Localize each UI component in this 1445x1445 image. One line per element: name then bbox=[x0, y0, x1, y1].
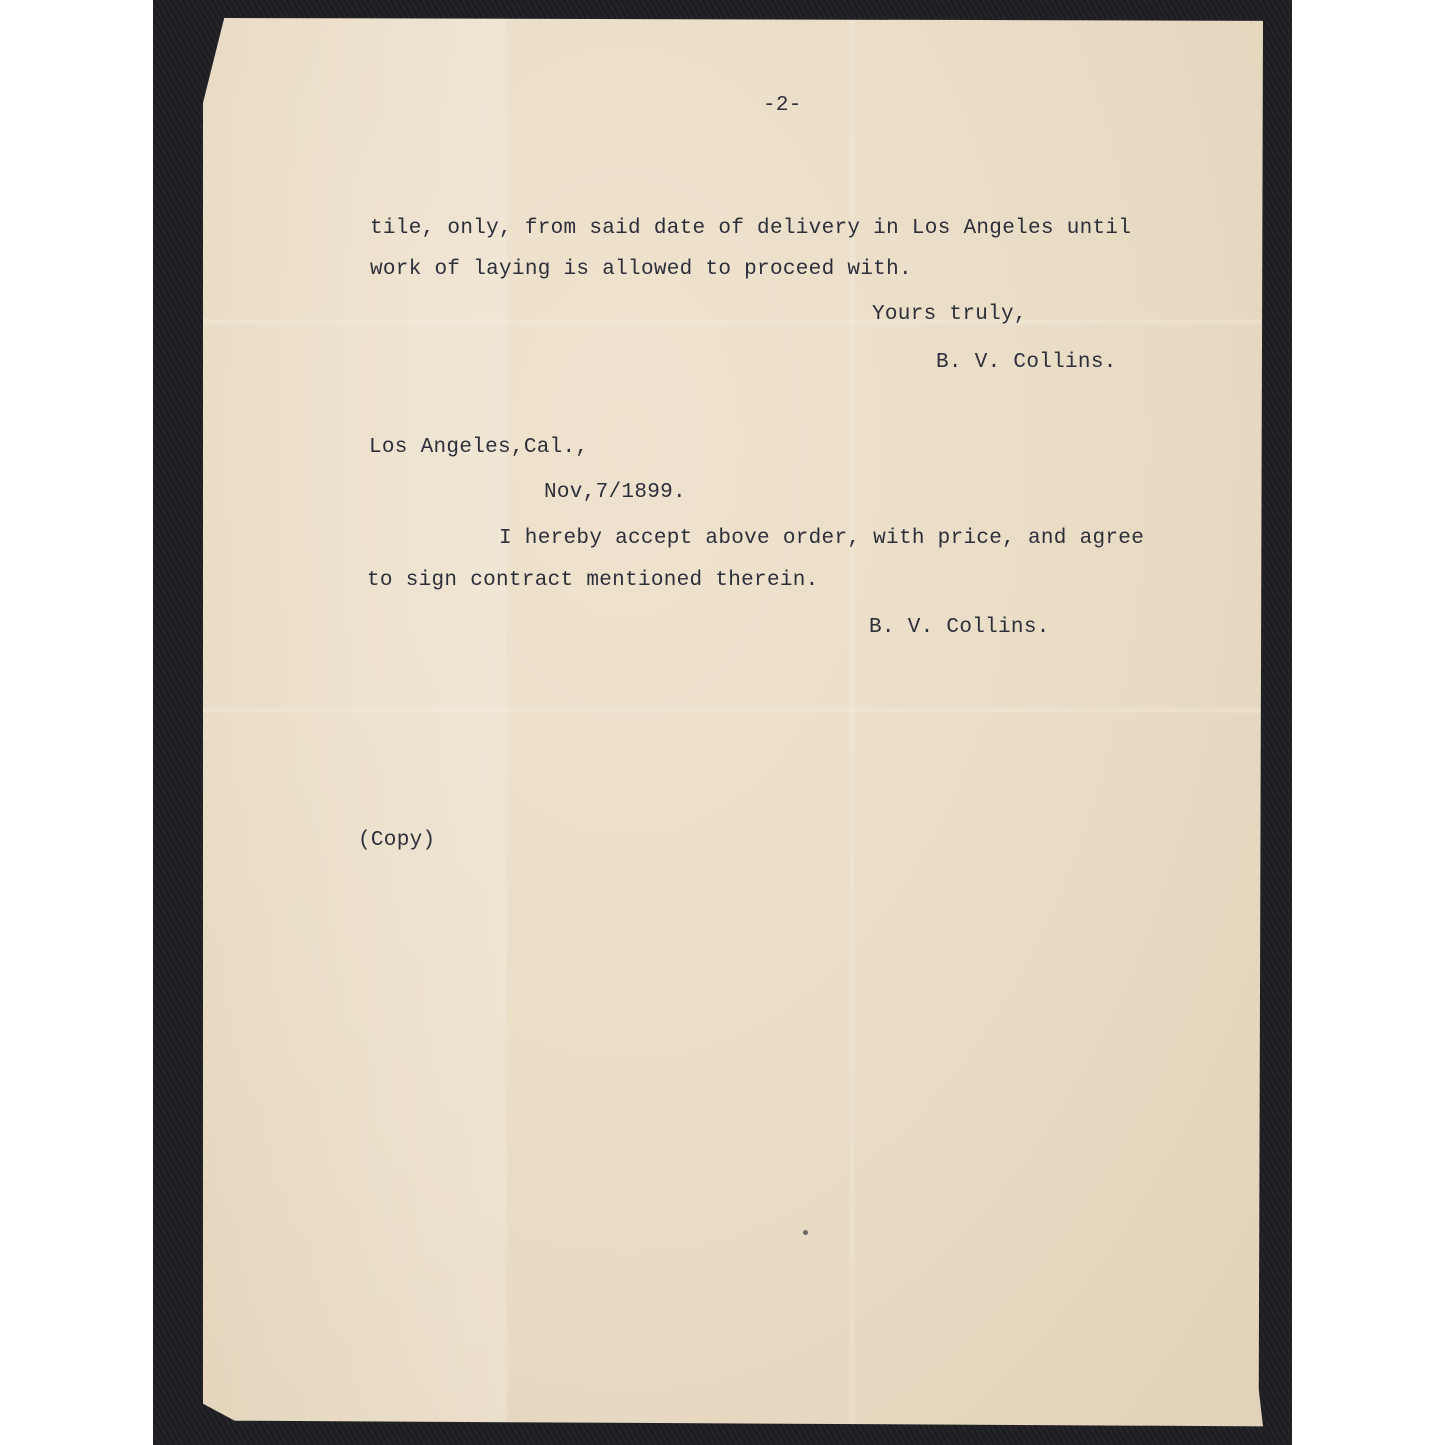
closing: Yours truly, bbox=[872, 303, 1027, 326]
copy-mark: (Copy) bbox=[358, 829, 435, 852]
paper-blemish bbox=[803, 1230, 808, 1235]
date: Nov,7/1899. bbox=[544, 481, 686, 504]
typewritten-letter-page: -2- tile, only, from said date of delive… bbox=[203, 18, 1263, 1432]
body-line-2: work of laying is allowed to proceed wit… bbox=[370, 258, 912, 281]
page-number: -2- bbox=[763, 94, 802, 117]
acceptance-line-2: to sign contract mentioned therein. bbox=[367, 569, 819, 592]
signature-1: B. V. Collins. bbox=[936, 351, 1117, 374]
acceptance-line-1: I hereby accept above order, with price,… bbox=[499, 527, 1144, 550]
body-line-1: tile, only, from said date of delivery i… bbox=[370, 217, 1131, 240]
signature-2: B. V. Collins. bbox=[869, 616, 1050, 639]
place: Los Angeles,Cal., bbox=[369, 436, 588, 459]
